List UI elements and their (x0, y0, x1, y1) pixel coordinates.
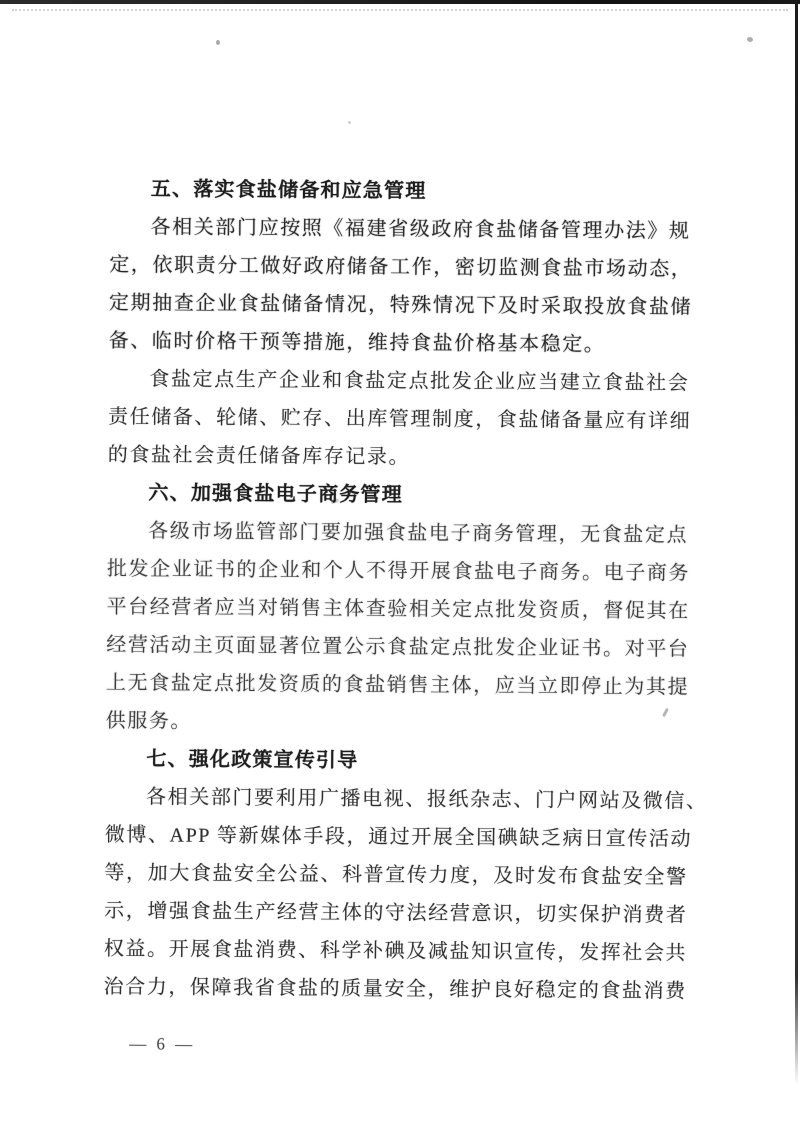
text-line: 各级市场监管部门要加强食盐电子商务管理，无食盐定点 (107, 512, 707, 555)
text-line: 定，依职责分工做好政府储备工作，密切监测食盐市场动态， (109, 246, 709, 289)
text-line: 治合力，保障我省食盐的质量安全，维护良好稳定的食盐消费 (103, 968, 703, 1011)
text-line: 等，加大食盐安全公益、科普宣传力度，及时发布食盐安全警 (104, 854, 704, 897)
text-line: 责任储备、轮储、贮存、出库管理制度，食盐储备量应有详细 (108, 398, 708, 441)
text-line: 各相关部门要利用广播电视、报纸杂志、门户网站及微信、 (105, 778, 705, 821)
text-line: 微博、APP 等新媒体手段，通过开展全国碘缺乏病日宣传活动 (105, 816, 705, 859)
text-line: 权益。开展食盐消费、科学补碘及减盐知识宣传，发挥社会共 (104, 930, 704, 973)
scan-speck (216, 40, 220, 45)
text-line: 经营活动主页面显著位置公示食盐定点批发企业证书。对平台 (106, 626, 706, 669)
text-line: 各相关部门应按照《福建省级政府食盐储备管理办法》规 (109, 208, 709, 251)
scan-top-edge (0, 0, 800, 4)
page-number: — 6 — (129, 1034, 703, 1059)
scan-speck (746, 36, 754, 44)
text-line: 平台经营者应当对销售主体查验相关定点批发资质，督促其在 (106, 588, 706, 631)
scan-right-edge (795, 0, 798, 1085)
text-line: 供服务。 (106, 702, 706, 745)
scan-speck (348, 121, 351, 124)
text-line: 上无食盐定点批发资质的食盐销售主体，应当立即停止为其提 (106, 664, 706, 707)
section-6-heading: 六、加强食盐电子商务管理 (107, 474, 707, 517)
scanned-document-page: { "colors": { "paper": "#ffffff", "ink":… (0, 0, 800, 1131)
document-body: 五、落实食盐储备和应急管理 各相关部门应按照《福建省级政府食盐储备管理办法》规 … (103, 170, 710, 1059)
text-line: 食盐定点生产企业和食盐定点批发企业应当建立食盐社会 (108, 360, 708, 403)
text-line: 定期抽查企业食盐储备情况，特殊情况下及时采取投放食盐储 (109, 284, 709, 327)
section-5-heading: 五、落实食盐储备和应急管理 (110, 170, 710, 213)
text-line: 的食盐社会责任储备库存记录。 (108, 436, 708, 479)
section-7-heading: 七、强化政策宣传引导 (105, 740, 705, 783)
text-line: 示，增强食盐生产经营主体的守法经营意识，切实保护消费者 (104, 892, 704, 935)
text-line: 批发企业证书的企业和个人不得开展食盐电子商务。电子商务 (107, 550, 707, 593)
text-line: 备、临时价格干预等措施，维持食盐价格基本稳定。 (109, 322, 709, 365)
scan-top-dotted-line (12, 9, 788, 11)
